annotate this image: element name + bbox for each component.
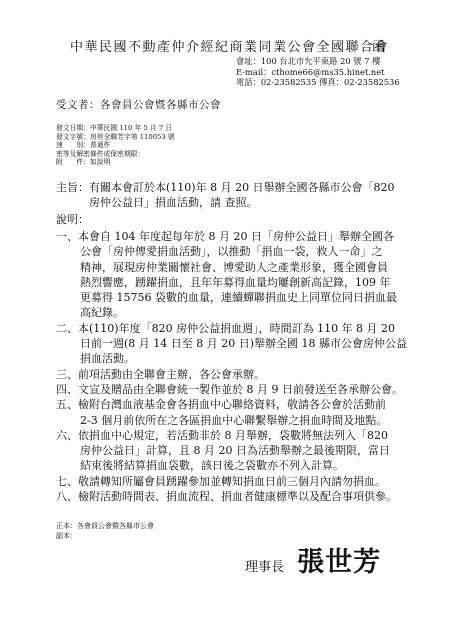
issue-date: 發文日期：中華民國 110 年 5 月 7 日 — [56, 124, 175, 133]
item-line: 公會「房仲傳愛捐血活動」，以推動「捐血一袋，救人一命」之 — [56, 244, 396, 259]
item-line: 熱烈響應，踴躍捐血，且年年募得血量均屢創新高記錄，109 年 — [56, 275, 396, 290]
email: E-mail：cthome66@ms35.hinet.net — [236, 67, 400, 78]
item-line: 五、檢附台灣血液基金會各捐血中心聯絡資料，敬請各公會於活動前 — [56, 397, 396, 412]
signatory-name: 張世芳 — [297, 547, 381, 578]
address: 會址：100 台北市允平東路 20 號 7 樓 — [236, 56, 400, 67]
copy-recipients: 副本： — [56, 531, 154, 541]
item-line: 更募得 15756 袋數的血量，連續蟬聯捐血史上同單位同日捐血最 — [56, 290, 396, 305]
document-type: 函 — [372, 36, 385, 55]
delivery-speed: 速 別：普通件 — [56, 141, 175, 150]
item-line: 結束後將結算捐血袋數，該日後之袋數亦不列入計算。 — [56, 458, 396, 473]
subject-line: 主旨：有關本會訂於本(110)年 8 月 20 日舉辦全國各縣市公會「820 — [56, 180, 395, 195]
phone-fax: 電話：02-23582535 傳真：02-23582536 — [236, 77, 400, 88]
explanation-item-7: 七、敬請轉知所屬會員踴躍參加並轉知捐血日前三個月內請勿捐血。 — [56, 474, 396, 489]
document-meta: 發文日期：中華民國 110 年 5 月 7 日 發文字號：房仲全聯芳字第 110… — [56, 124, 175, 167]
explanation-item-4: 四、文宣及贈品由全聯會統一製作並於 8 月 9 日前發送至各承辦公會。 — [56, 382, 396, 397]
explanation-item-5: 五、檢附台灣血液基金會各捐血中心聯絡資料，敬請各公會於活動前 2-3 個月前依所… — [56, 397, 396, 428]
recipient: 受文者：各會員公會暨各縣市公會 — [56, 97, 221, 112]
explanation-label: 說明： — [56, 211, 89, 227]
contact-block: 會址：100 台北市允平東路 20 號 7 樓 E-mail：cthome66@… — [236, 56, 400, 88]
signatory-title: 理事長 — [245, 560, 284, 575]
explanation-item-2: 二、本(110)年度「820 房仲公益捐血週」，時間訂為 110 年 8 月 2… — [56, 321, 396, 367]
item-line: 房仲公益日」計算，且 8 月 20 日為活動舉辦之最後期限，當日 — [56, 443, 396, 458]
item-line: 三、前項活動由全聯會主辦、各公會承辦。 — [56, 367, 396, 382]
explanation-item-8: 八、檢附活動時間表、捐血流程、捐血者健康標準以及配合事項供參。 — [56, 489, 396, 504]
item-line: 高紀錄。 — [56, 305, 396, 320]
item-line: 2-3 個月前依所在之各區捐血中心聯繫舉辦之捐血時間及地點。 — [56, 413, 396, 428]
item-line: 七、敬請轉知所屬會員踴躍參加並轉知捐血日前三個月內請勿捐血。 — [56, 474, 396, 489]
attachment: 附 件：如說明 — [56, 158, 175, 167]
item-line: 六、依捐血中心規定，若活動非於 8 月舉辦，袋數將無法列入「820 — [56, 428, 396, 443]
distribution-list: 正本：各會員公會暨各縣市公會 副本： — [56, 521, 154, 541]
item-line: 日前一週(8 月 14 日至 8 月 20 日)舉辦全國 18 縣市公會房仲公益 — [56, 336, 396, 351]
item-line: 精神，展現房仲業關懷社會、博愛助人之產業形象，獲全國會員 — [56, 260, 396, 275]
explanation-item-1: 一、本會自 104 年度起每年於 8 月 20 日「房仲公益日」舉辦全國各 公會… — [56, 229, 396, 321]
signature-block: 理事長 張世芳 — [245, 540, 381, 579]
explanation-item-6: 六、依捐血中心規定，若活動非於 8 月舉辦，袋數將無法列入「820 房仲公益日」… — [56, 428, 396, 474]
item-line: 二、本(110)年度「820 房仲公益捐血週」，時間訂為 110 年 8 月 2… — [56, 321, 396, 336]
organization-title: 中華民國不動產仲介經紀商業同業公會全國聯合會 — [70, 36, 400, 55]
item-line: 八、檢附活動時間表、捐血流程、捐血者健康標準以及配合事項供參。 — [56, 489, 396, 504]
item-line: 捐血活動。 — [56, 351, 396, 366]
item-line: 一、本會自 104 年度起每年於 8 月 20 日「房仲公益日」舉辦全國各 — [56, 229, 396, 244]
explanation-item-3: 三、前項活動由全聯會主辦、各公會承辦。 — [56, 367, 396, 382]
explanation-items: 一、本會自 104 年度起每年於 8 月 20 日「房仲公益日」舉辦全國各 公會… — [56, 229, 396, 504]
original-recipients: 正本：各會員公會暨各縣市公會 — [56, 521, 154, 531]
subject: 主旨：有關本會訂於本(110)年 8 月 20 日舉辦全國各縣市公會「820 房… — [56, 180, 395, 210]
document-number: 發文字號：房仲全聯芳字第 110053 號 — [56, 133, 175, 142]
subject-line: 房仲公益日」捐血活動，請 查照。 — [56, 195, 395, 210]
item-line: 四、文宣及贈品由全聯會統一製作並於 8 月 9 日前發送至各承辦公會。 — [56, 382, 396, 397]
official-letter: 中華民國不動產仲介經紀商業同業公會全國聯合會 函 會址：100 台北市允平東路 … — [0, 0, 452, 640]
